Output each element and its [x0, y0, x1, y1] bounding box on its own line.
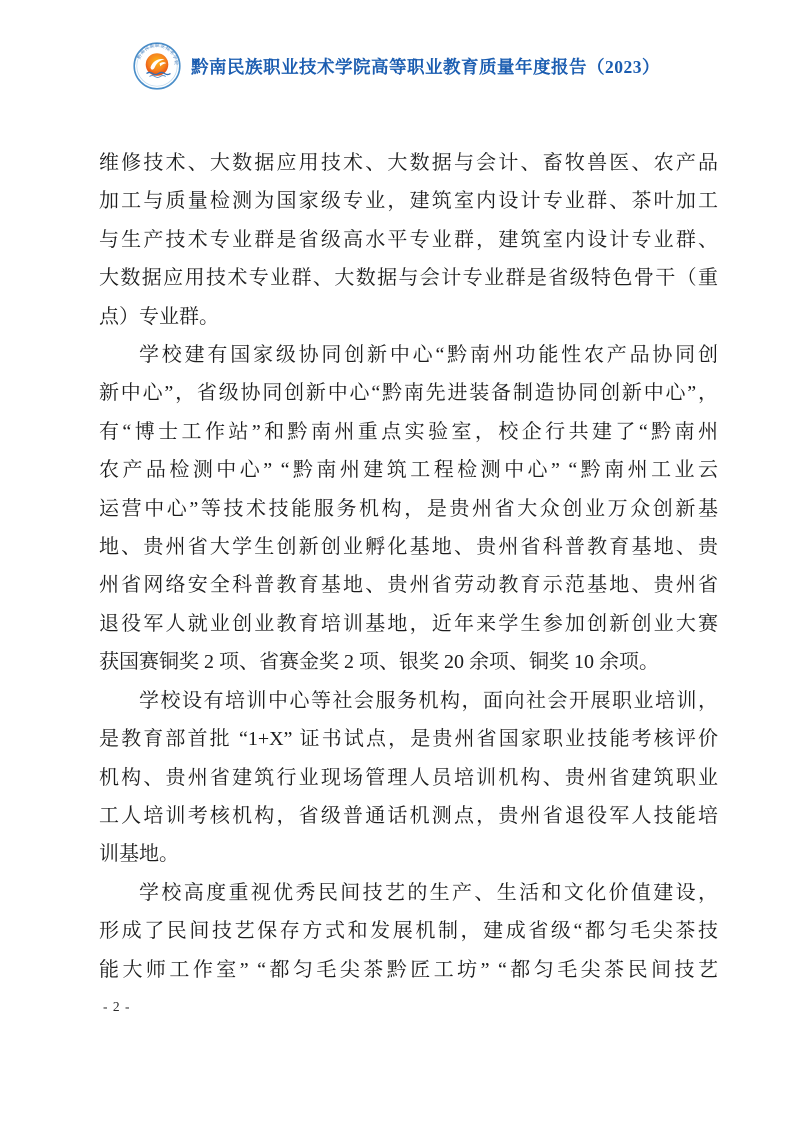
- text-line: 学校设有培训中心等社会服务机构，面向社会开展职业培训，: [99, 682, 718, 720]
- text-line: 运营中心”等技术技能服务机构，是贵州省大众创业万众创新基: [99, 490, 718, 528]
- page-header: 黔南民族职业技术学院 黔南民族职业技术学院高等职业教育质量年度报告（2023）: [0, 42, 793, 90]
- text-line: 是教育部首批 “1+X” 证书试点，是贵州省国家职业技能考核评价: [99, 720, 718, 758]
- text-line: 能大师工作室” “都匀毛尖茶黔匠工坊” “都匀毛尖茶民间技艺: [99, 951, 718, 989]
- text-line: 与生产技术专业群是省级高水平专业群，建筑室内设计专业群、: [99, 221, 718, 259]
- text-line: 大数据应用技术专业群、大数据与会计专业群是省级特色骨干（重: [99, 259, 718, 297]
- text-line: 地、贵州省大学生创新创业孵化基地、贵州省科普教育基地、贵: [99, 528, 718, 566]
- text-line: 新中心”，省级协同创新中心“黔南先进装备制造协同创新中心”，: [99, 374, 718, 412]
- document-page: 黔南民族职业技术学院 黔南民族职业技术学院高等职业教育质量年度报告（2023） …: [0, 0, 793, 1122]
- text-line: 机构、贵州省建筑行业现场管理人员培训机构、贵州省建筑职业: [99, 759, 718, 797]
- paragraph: 学校设有培训中心等社会服务机构，面向社会开展职业培训，是教育部首批 “1+X” …: [99, 682, 718, 874]
- text-line: 学校高度重视优秀民间技艺的生产、生活和文化价值建设，: [99, 874, 718, 912]
- text-line: 形成了民间技艺保存方式和发展机制，建成省级“都匀毛尖茶技: [99, 912, 718, 950]
- text-line: 工人培训考核机构，省级普通话机测点，贵州省退役军人技能培: [99, 797, 718, 835]
- text-line: 获国赛铜奖 2 项、省赛金奖 2 项、银奖 20 余项、铜奖 10 余项。: [99, 643, 718, 681]
- text-line: 农产品检测中心” “黔南州建筑工程检测中心” “黔南州工业云: [99, 451, 718, 489]
- school-logo-icon: 黔南民族职业技术学院: [133, 42, 181, 90]
- text-line: 点）专业群。: [99, 298, 718, 336]
- paragraph: 维修技术、大数据应用技术、大数据与会计、畜牧兽医、农产品加工与质量检测为国家级专…: [99, 144, 718, 336]
- text-line: 退役军人就业创业教育培训基地，近年来学生参加创新创业大赛: [99, 605, 718, 643]
- text-line: 维修技术、大数据应用技术、大数据与会计、畜牧兽医、农产品: [99, 144, 718, 182]
- text-line: 州省网络安全科普教育基地、贵州省劳动教育示范基地、贵州省: [99, 566, 718, 604]
- text-line: 有“博士工作站”和黔南州重点实验室，校企行共建了“黔南州: [99, 413, 718, 451]
- text-line: 学校建有国家级协同创新中心“黔南州功能性农产品协同创: [99, 336, 718, 374]
- paragraph: 学校高度重视优秀民间技艺的生产、生活和文化价值建设，形成了民间技艺保存方式和发展…: [99, 874, 718, 989]
- page-footer: - 2 -: [103, 999, 131, 1015]
- report-title: 黔南民族职业技术学院高等职业教育质量年度报告（2023）: [191, 54, 660, 79]
- page-number: - 2 -: [103, 999, 131, 1014]
- document-body: 维修技术、大数据应用技术、大数据与会计、畜牧兽医、农产品加工与质量检测为国家级专…: [99, 144, 718, 989]
- text-line: 加工与质量检测为国家级专业，建筑室内设计专业群、茶叶加工: [99, 182, 718, 220]
- paragraph: 学校建有国家级协同创新中心“黔南州功能性农产品协同创新中心”，省级协同创新中心“…: [99, 336, 718, 682]
- text-line: 训基地。: [99, 835, 718, 873]
